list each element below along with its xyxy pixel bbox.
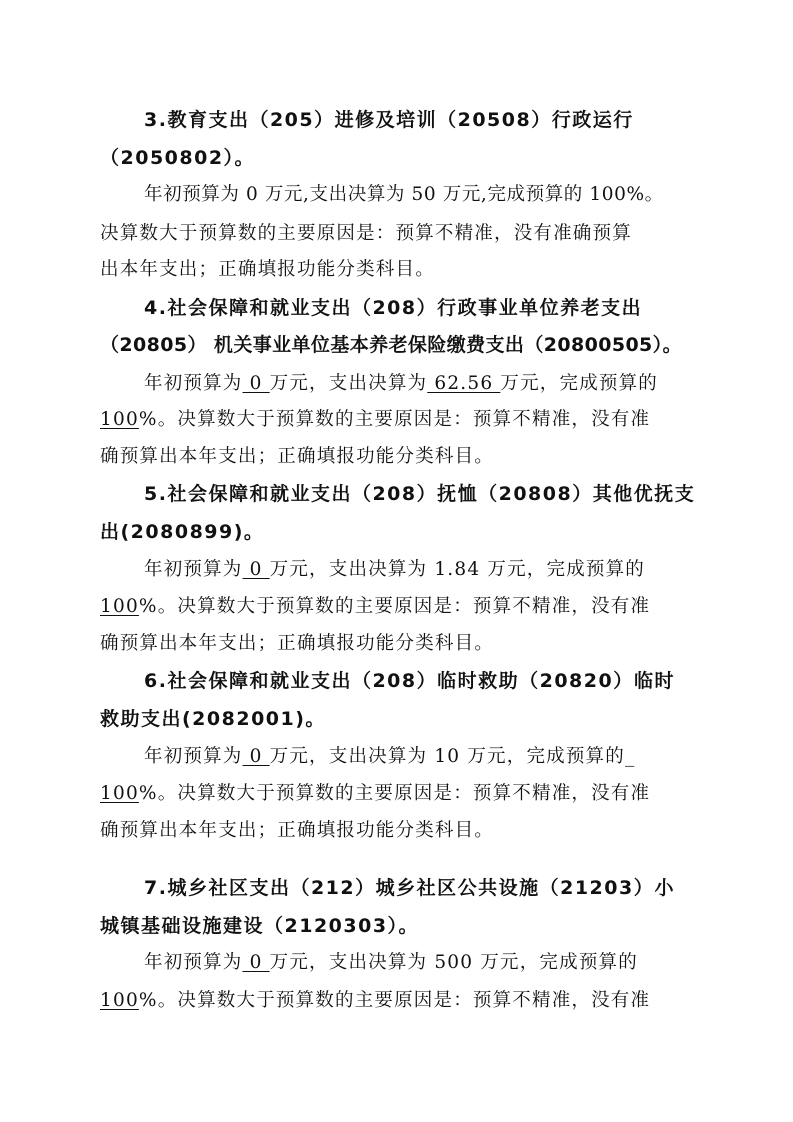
section-3-budget: 年初预算为 0 万元,支出决算为 50 万元,完成预算的 100%。 [144, 183, 675, 207]
section-3-heading: 3.教育支出（205）进修及培训（20508）行政运行 [144, 108, 675, 132]
section-3-heading-cont: （2050802）。 [100, 146, 675, 170]
budget-label: 年初预算为 [144, 746, 243, 767]
actual-label: 万元，支出决算为 10 万元，完成预算的_ [270, 746, 636, 767]
section-5-heading: 5.社会保障和就业支出（208）抚恤（20808）其他优抚支 [144, 482, 675, 506]
section-5-budget: 年初预算为 0 万元，支出决算为 1.84 万元，完成预算的 [144, 558, 675, 582]
section-5-heading-cont: 出(2080899)。 [100, 520, 675, 544]
actual-label: 万元，支出决算为 500 万元，完成预算的 [270, 952, 638, 973]
section-3-body: 决算数大于预算数的主要原因是：预算不精准，没有准确预算 [100, 222, 675, 246]
reason-text: %。决算数大于预算数的主要原因是：预算不精准，没有准 [139, 409, 650, 430]
reason-text: %。决算数大于预算数的主要原因是：预算不精准，没有准 [139, 990, 650, 1011]
section-7-reason: 100%。决算数大于预算数的主要原因是：预算不精准，没有准 [100, 989, 675, 1013]
section-4-heading: 4.社会保障和就业支出（208）行政事业单位养老支出 [144, 296, 675, 320]
section-6-reason: 100%。决算数大于预算数的主要原因是：预算不精准，没有准 [100, 782, 675, 806]
section-6-heading-cont: 救助支出(2082001)。 [100, 707, 675, 731]
initial-budget-value: 0 [243, 559, 270, 580]
budget-label: 年初预算为 [144, 952, 243, 973]
section-4-heading-cont: （20805） 机关事业单位基本养老保险缴费支出（20800505）。 [100, 333, 690, 357]
completion-rate: 100 [100, 783, 139, 804]
initial-budget-value: 0 [243, 952, 270, 973]
section-4-body-end: 确预算出本年支出；正确填报功能分类科目。 [100, 445, 675, 469]
section-3-body-end: 出本年支出；正确填报功能分类科目。 [100, 258, 675, 282]
section-4-budget: 年初预算为 0 万元，支出决算为 62.56 万元，完成预算的 [144, 372, 675, 396]
completion-rate: 100 [100, 409, 139, 430]
section-4-reason: 100%。决算数大于预算数的主要原因是：预算不精准，没有准 [100, 408, 675, 432]
section-5-reason: 100%。决算数大于预算数的主要原因是：预算不精准，没有准 [100, 595, 675, 619]
reason-text: %。决算数大于预算数的主要原因是：预算不精准，没有准 [139, 596, 650, 617]
heading-text: 7.城乡社区支出（212）城乡社区公共设施（21203） [144, 876, 654, 900]
heading-text-right: 小 [654, 876, 675, 900]
section-7-heading: 7.城乡社区支出（212）城乡社区公共设施（21203）小 [144, 876, 675, 900]
actual-label: 万元，支出决算为 1.84 万元，完成预算的 [270, 559, 645, 580]
actual-label: 万元，支出决算为 [270, 373, 428, 394]
completion-label: 万元，完成预算的 [500, 373, 658, 394]
section-7-budget: 年初预算为 0 万元，支出决算为 500 万元，完成预算的 [144, 951, 675, 975]
section-7-heading-cont: 城镇基础设施建设（2120303）。 [100, 914, 675, 938]
reason-text: %。决算数大于预算数的主要原因是：预算不精准，没有准 [139, 783, 650, 804]
heading-text-right: 临时 [634, 669, 675, 693]
section-6-heading: 6.社会保障和就业支出（208）临时救助（20820）临时 [144, 669, 675, 693]
initial-budget-value: 0 [243, 373, 270, 394]
section-6-budget: 年初预算为 0 万元，支出决算为 10 万元，完成预算的_ [144, 745, 675, 769]
actual-value: 62.56 [427, 373, 500, 394]
section-6-body-end: 确预算出本年支出；正确填报功能分类科目。 [100, 819, 675, 843]
completion-rate: 100 [100, 596, 139, 617]
budget-label: 年初预算为 [144, 559, 243, 580]
heading-text: 6.社会保障和就业支出（208）临时救助（20820） [144, 669, 634, 693]
budget-label: 年初预算为 [144, 373, 243, 394]
completion-rate: 100 [100, 990, 139, 1011]
section-5-body-end: 确预算出本年支出；正确填报功能分类科目。 [100, 632, 675, 656]
initial-budget-value: 0 [243, 746, 270, 767]
